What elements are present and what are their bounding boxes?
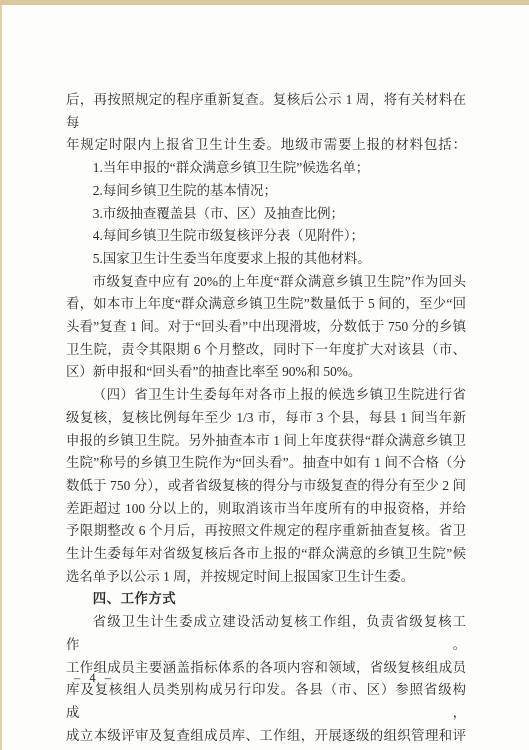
text-line: 5.国家卫生计生委当年度要求上报的其他材料。: [66, 248, 466, 271]
document-body: 后，再按照规定的程序重新复查。复核后公示 1 周，将有关材料在每年规定时限内上报…: [66, 89, 466, 747]
text-line: 选名单予以公示 1 周，并按规定时间上报国家卫生计生委。: [66, 566, 466, 589]
text-line: 工作组成员主要涵盖指标体系的各项内容和领域，省级复核组成员: [66, 657, 466, 680]
text-line: 卫生院，责令其限期 6 个月整改，同时下一年度扩大对该县（市、: [66, 339, 466, 362]
text-line: 后，再按照规定的程序重新复查。复核后公示 1 周，将有关材料在每: [66, 89, 466, 134]
text-line: 生院”称号的乡镇卫生院作为“回头看”。抽查中如有 1 间不合格（分: [66, 452, 466, 475]
text-line: 省级卫生计生委成立建设活动复核工作组，负责省级复核工作。: [66, 611, 466, 656]
text-line: 区）新申报和“回头看”的抽查比率至 90%和 50%。: [66, 361, 466, 384]
text-line: 2.每间乡镇卫生院的基本情况；: [66, 180, 466, 203]
text-line: 4.每间乡镇卫生院市级复核评分表（见附件）；: [66, 225, 466, 248]
text-line: 差距超过 100 分以上的，则取消该市当年度所有的申报资格，并给: [66, 498, 466, 521]
text-line: 库及复核组人员类别构成另行印发。各县（市、区）参照省级构成，: [66, 679, 466, 724]
text-line: 看，如本市上年度“群众满意乡镇卫生院”数量低于 5 间的，至少“回: [66, 293, 466, 316]
text-line: 成立本级评审及复查组成员库、工作组，开展逐级的组织管理和评: [66, 725, 466, 748]
text-line: 予限期整改 6 个月后，再按照文件规定的程序重新抽查复核。省卫: [66, 520, 466, 543]
text-line: 1.当年申报的“群众满意乡镇卫生院”候选名单；: [66, 157, 466, 180]
text-line: 头看”复查 1 间。对于“回头看”中出现滑坡，分数低于 750 分的乡镇: [66, 316, 466, 339]
text-line: 数低于 750 分），或者省级复核的得分与市级复查的得分有至少 2 间: [66, 475, 466, 498]
scanned-document-page: 后，再按照规定的程序重新复查。复核后公示 1 周，将有关材料在每年规定时限内上报…: [0, 0, 529, 750]
text-line: 3.市级抽查覆盖县（市、区）及抽查比例；: [66, 203, 466, 226]
scan-edge-left: [0, 0, 2, 750]
text-line: 级复核，复核比例每年至少 1/3 市，每市 3 个县，每县 1 间当年新: [66, 407, 466, 430]
text-line: 年规定时限内上报省卫生计生委。地级市需要上报的材料包括：: [66, 134, 466, 157]
text-line: 四、工作方式: [66, 588, 466, 611]
text-line: 生计生委每年对省级复核后各市上报的“群众满意的乡镇卫生院”候: [66, 543, 466, 566]
text-line: 市级复查中应有 20%的上年度“群众满意乡镇卫生院”作为回头: [66, 271, 466, 294]
scan-edge-top: [0, 0, 529, 5]
page-number: – 4 –: [74, 671, 114, 686]
text-line: 申报的乡镇卫生院。另外抽查本市 1 间上年度获得“群众满意乡镇卫: [66, 430, 466, 453]
text-line: （四）省卫生计生委每年对各市上报的候选乡镇卫生院进行省: [66, 384, 466, 407]
